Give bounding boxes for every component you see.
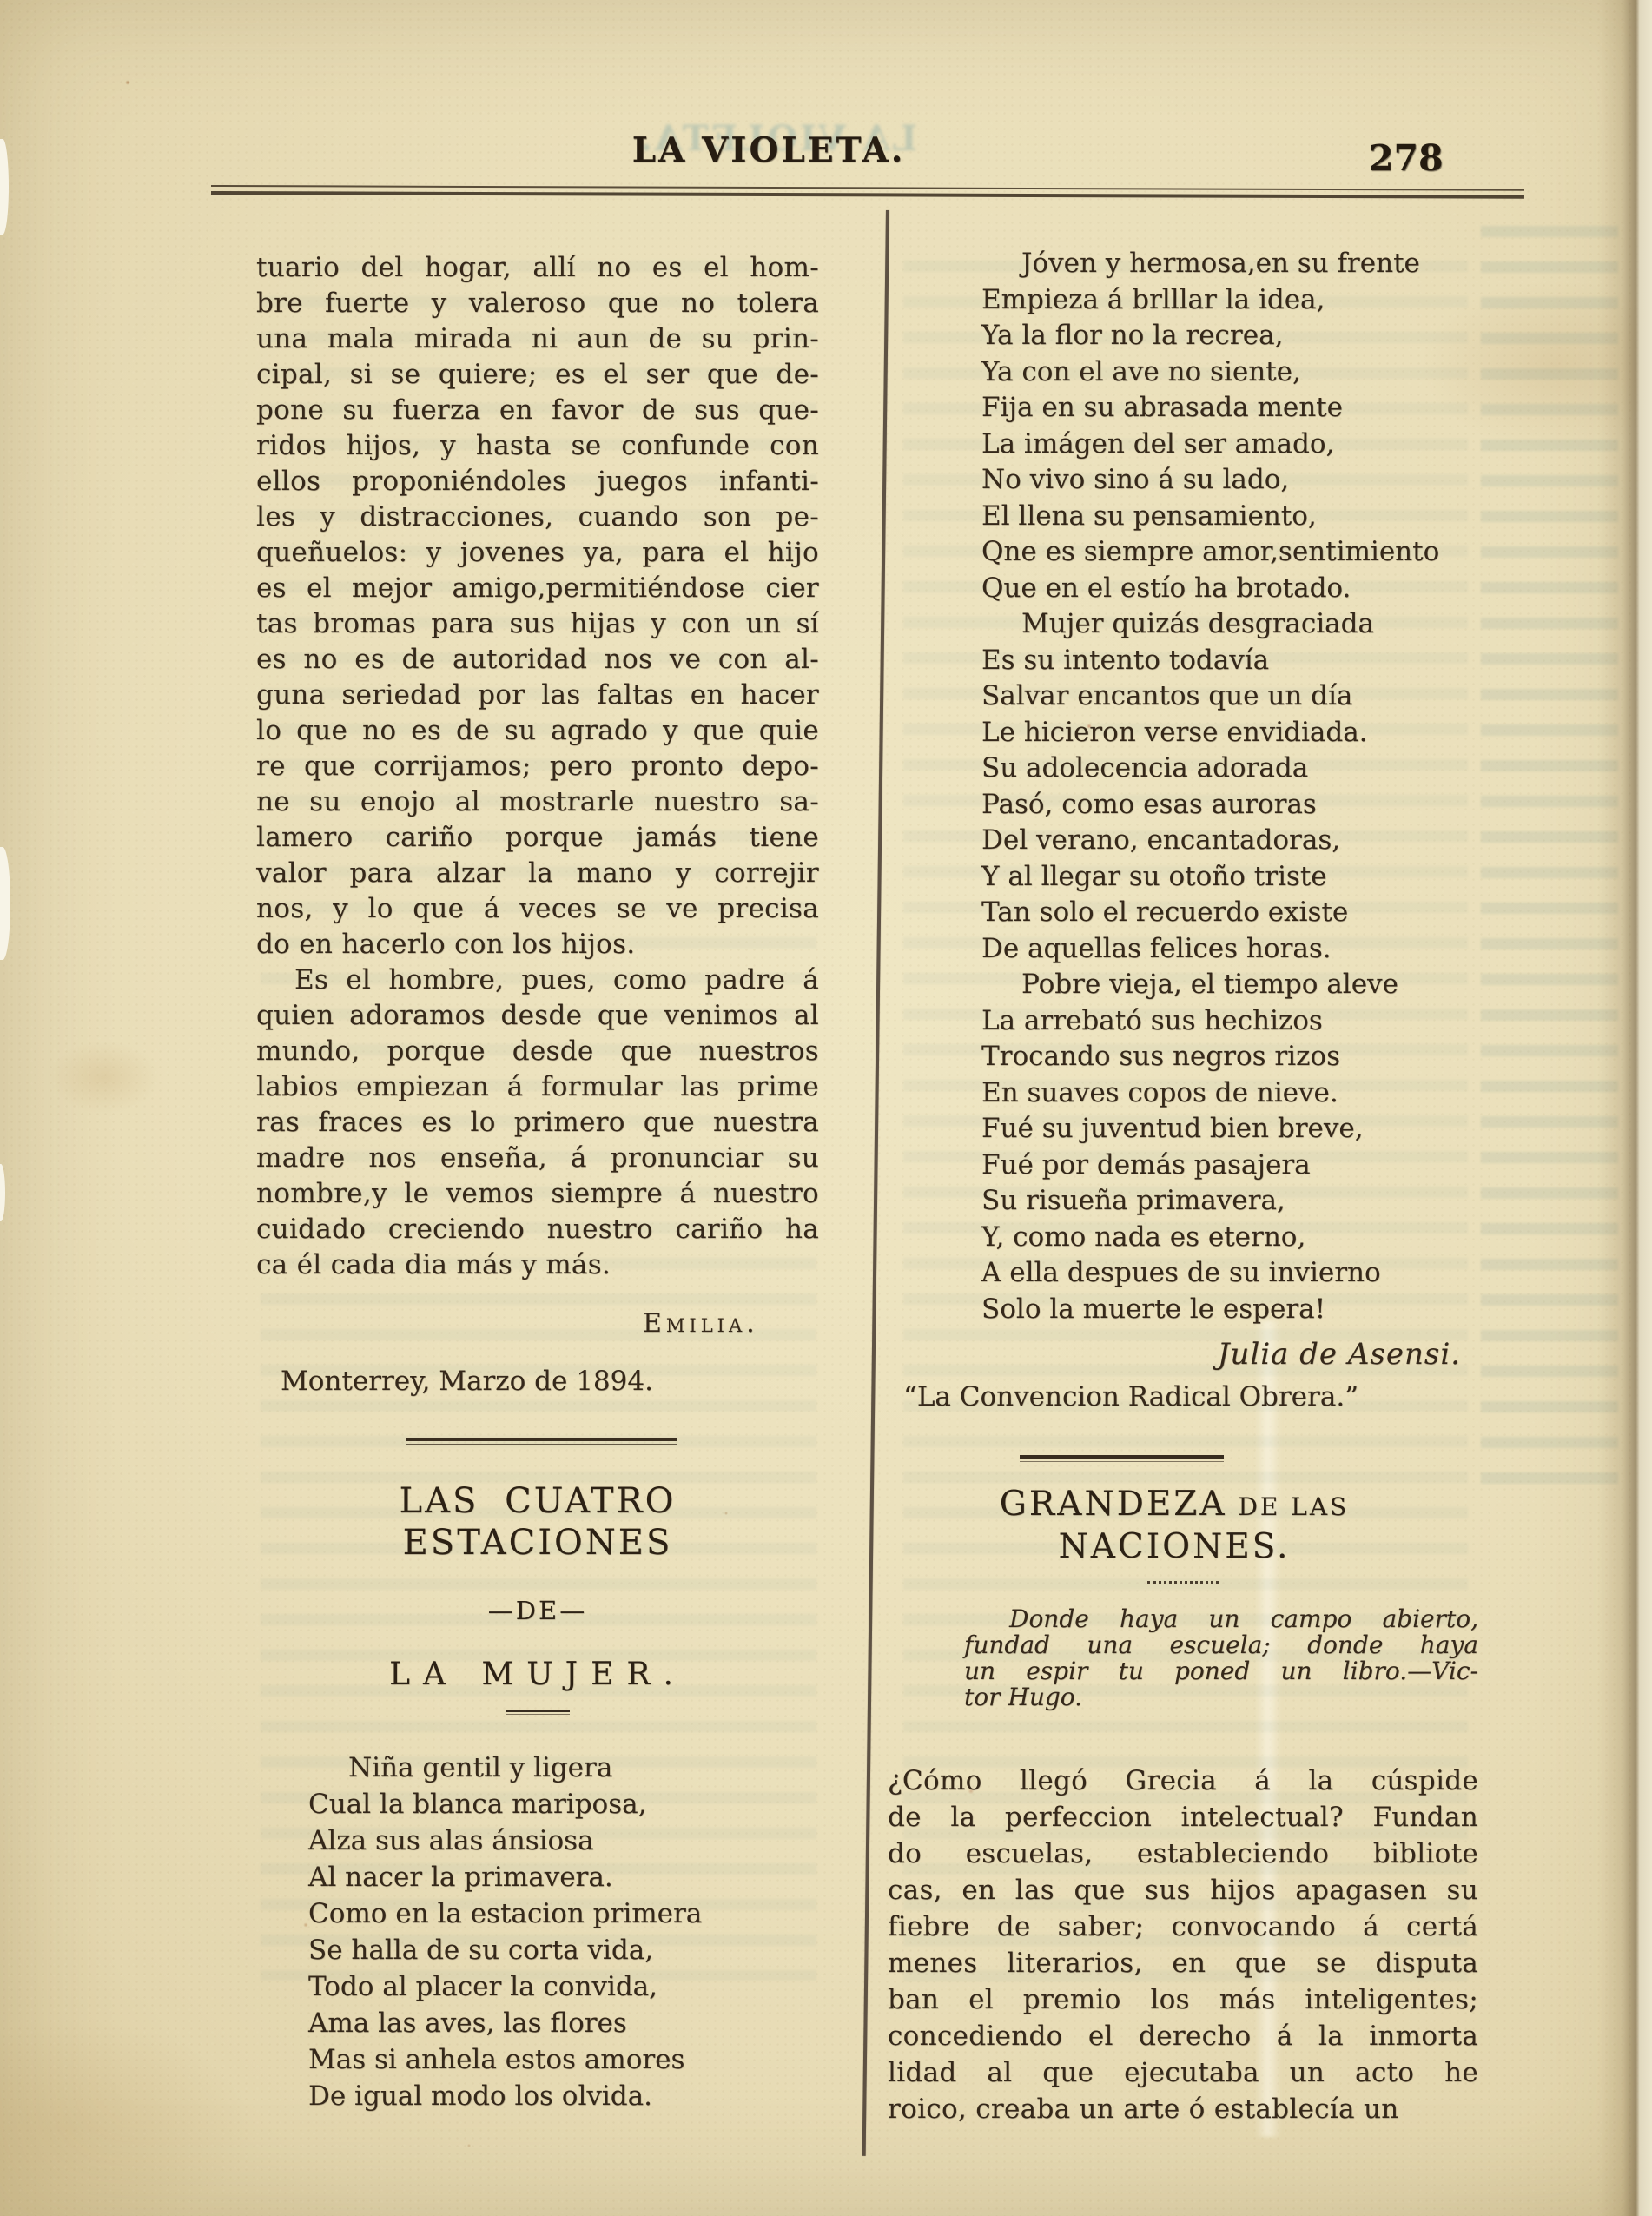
text-line: menes literarios, en que se disputa: [888, 1945, 1478, 1981]
text-line: Al nacer la primavera.: [308, 1859, 819, 1895]
page-number: 278: [1369, 137, 1456, 179]
text-line: un espir tu poned un libro.—Vic-: [964, 1658, 1478, 1684]
text-line: Ama las aves, las flores: [308, 2005, 819, 2041]
page-edge-shadow: [1598, 0, 1652, 2216]
text-line: Como en la estacion primera: [308, 1895, 819, 1932]
text-line: nos, y lo que á veces se ve precisa: [256, 891, 819, 927]
header-double-rule: [211, 185, 1524, 199]
bleedthrough-right-margin: [1481, 226, 1618, 1494]
text-line: ras fraces es lo primero que nuestra: [256, 1105, 819, 1141]
article-paragraph: Es el hombre, pues, como padre áquien ad…: [256, 962, 819, 1283]
text-line: Fué por demás pasajera: [981, 1148, 1478, 1184]
torn-edge-nick: [0, 139, 9, 235]
text-line: A ella despues de su invierno: [981, 1255, 1478, 1292]
epigraph-quote: Donde haya un campo abierto,fundad una e…: [964, 1606, 1478, 1710]
text-line: Del verano, encantadoras,: [981, 823, 1478, 859]
text-line: les y distracciones, cuando son pe-: [256, 499, 819, 535]
column-divider-rule: [862, 210, 889, 2156]
text-line: Mujer quizás desgraciada: [981, 606, 1478, 643]
dateline: Monterrey, Marzo de 1894.: [281, 1364, 819, 1399]
text-line: Y al llegar su otoño triste: [981, 859, 1478, 896]
text-line: Tan solo el recuerdo existe: [981, 895, 1478, 931]
torn-edge-nick: [0, 1164, 5, 1221]
text-line: bre fuerte y valeroso que no tolera: [256, 286, 819, 321]
text-line: Y, como nada es eterno,: [981, 1220, 1478, 1256]
subject-underline-rule: [506, 1710, 570, 1715]
author-signature: Emilia.: [643, 1306, 819, 1341]
text-line: do escuelas, estableciendo bibliote: [888, 1836, 1478, 1872]
article-paragraph: tuario del hogar, allí no es el hom-bre …: [256, 250, 819, 962]
text-line: La arrebató sus hechizos: [981, 1003, 1478, 1040]
poem-section-subject: LA MUJER.: [256, 1656, 819, 1694]
text-line: Que en el estío ha brotado.: [981, 571, 1478, 607]
text-line: Niña gentil y ligera: [308, 1750, 819, 1786]
text-line: lidad al que ejecutaba un acto he: [888, 2054, 1478, 2091]
text-line: de la perfeccion intelectual? Fundan: [888, 1799, 1478, 1836]
text-line: Ya con el ave no siente,: [981, 354, 1478, 391]
text-line: roico, creaba un arte ó establecía un: [888, 2091, 1478, 2127]
text-line: queñuelos: y jovenes ya, para el hijo: [256, 535, 819, 571]
text-line: lamero cariño porque jamás tiene: [256, 820, 819, 856]
text-line: fiebre de saber; convocando á certá: [888, 1908, 1478, 1945]
article-title-connector: DE LAS: [1238, 1492, 1349, 1521]
text-line: ellos proponiéndoles juegos infanti-: [256, 464, 819, 499]
text-line: tas bromas para sus hijas y con un sí: [256, 606, 819, 642]
text-line: labios empiezan á formular las prime: [256, 1069, 819, 1105]
text-line: Salvar encantos que un día: [981, 678, 1478, 715]
text-line: ¿Cómo llegó Grecia á la cúspide: [888, 1763, 1478, 1799]
text-line: Fué su juventud bien breve,: [981, 1111, 1478, 1148]
text-line: Le hicieron verse envidiada.: [981, 715, 1478, 751]
text-line: Qne es siempre amor,sentimiento: [981, 534, 1478, 571]
text-line: concediendo el derecho á la inmorta: [888, 2018, 1478, 2054]
text-line: Se halla de su corta vida,: [308, 1932, 819, 1968]
text-line: guna seriedad por las faltas en hacer: [256, 678, 819, 713]
text-line: Solo la muerte le espera!: [981, 1292, 1478, 1328]
text-line: ban el premio los más inteligentes;: [888, 1981, 1478, 2018]
text-line: Su risueña primavera,: [981, 1183, 1478, 1220]
text-line: una mala mirada ni aun de su prin-: [256, 321, 819, 357]
text-line: Donde haya un campo abierto,: [964, 1606, 1478, 1632]
text-line: Pobre vieja, el tiempo aleve: [981, 967, 1478, 1003]
text-line: es no es de autoridad nos ve con al-: [256, 642, 819, 678]
text-line: ne su enojo al mostrarle nuestro sa-: [256, 784, 819, 820]
text-line: pone su fuerza en favor de sus que-: [256, 393, 819, 428]
poem-stanza: Pobre vieja, el tiempo aleveLa arrebató …: [888, 967, 1478, 1327]
text-line: mundo, porque desde que nuestros: [256, 1034, 819, 1069]
text-line: ca él cada dia más y más.: [256, 1247, 819, 1283]
section-divider-rule: [406, 1438, 677, 1445]
poem-source-citation: “La Convencion Radical Obrera.”: [888, 1379, 1478, 1415]
text-line: En suaves copos de nieve.: [981, 1075, 1478, 1112]
poem-stanza: Jóven y hermosa,en su frenteEmpieza á br…: [888, 246, 1478, 606]
text-line: Cual la blanca mariposa,: [308, 1786, 819, 1822]
text-line: Ya la flor no la recrea,: [981, 318, 1478, 354]
torn-edge-nick: [0, 847, 10, 960]
text-line: Es el hombre, pues, como padre á: [256, 962, 819, 998]
text-line: Empieza á brlllar la idea,: [981, 282, 1478, 319]
text-line: do en hacerlo con los hijos.: [256, 927, 819, 962]
text-line: nombre,y le vemos siempre á nuestro: [256, 1176, 819, 1212]
article-title-word: GRANDEZA: [1000, 1485, 1227, 1524]
article-title-word: NACIONES.: [1059, 1527, 1291, 1566]
text-line: cas, en las que sus hijos apagasen su: [888, 1872, 1478, 1908]
poem-stanza: Mujer quizás desgraciadaEs su intento to…: [888, 606, 1478, 967]
article-title: GRANDEZA DE LAS NACIONES.: [888, 1485, 1478, 1569]
text-line: Pasó, como esas auroras: [981, 787, 1478, 824]
section-divider-rule: [1020, 1455, 1224, 1462]
scanned-periodical-page: LA VIOLETA. LA VIOLETA. 278 tuario del h…: [0, 0, 1652, 2216]
text-line: madre nos enseña, á pronunciar su: [256, 1141, 819, 1176]
text-line: Jóven y hermosa,en su frente: [981, 246, 1478, 282]
text-line: es el mejor amigo,permitiéndose cier: [256, 571, 819, 606]
text-line: re que corrijamos; pero pronto depo-: [256, 749, 819, 784]
text-line: Alza sus alas ánsiosa: [308, 1822, 819, 1859]
text-line: No vivo sino á su lado,: [981, 462, 1478, 499]
text-line: cipal, si se quiere; es el ser que de-: [256, 357, 819, 393]
text-line: tuario del hogar, allí no es el hom-: [256, 250, 819, 286]
text-line: Fija en su abrasada mente: [981, 390, 1478, 427]
text-line: valor para alzar la mano y correjir: [256, 856, 819, 891]
column-1: tuario del hogar, allí no es el hom-bre …: [256, 250, 819, 2114]
text-line: fundad una escuela; donde haya: [964, 1632, 1478, 1658]
text-line: Mas si anhela estos amores: [308, 2041, 819, 2078]
text-line: tor Hugo.: [964, 1684, 1478, 1710]
text-line: Trocando sus negros rizos: [981, 1039, 1478, 1075]
title-underline-rule: [1147, 1581, 1219, 1584]
text-line: Es su intento todavía: [981, 643, 1478, 679]
article-paragraph: ¿Cómo llegó Grecia á la cúspidede la per…: [888, 1763, 1478, 2127]
text-line: De aquellas felices horas.: [981, 931, 1478, 968]
column-2: Jóven y hermosa,en su frenteEmpieza á br…: [888, 246, 1478, 2127]
masthead-title: LA VIOLETA.: [508, 130, 1029, 170]
poem-section-title: LAS CUATRO ESTACIONES: [256, 1480, 819, 1564]
poem-stanza: Niña gentil y ligeraCual la blanca marip…: [256, 1750, 819, 2114]
text-line: ridos hijos, y hasta se confunde con: [256, 428, 819, 464]
text-line: Todo al placer la convida,: [308, 1968, 819, 2005]
text-line: lo que no es de su agrado y que quie: [256, 713, 819, 749]
poem-section-of-label: —DE—: [256, 1595, 819, 1626]
text-line: La imágen del ser amado,: [981, 427, 1478, 463]
text-line: El llena su pensamiento,: [981, 499, 1478, 535]
text-line: cuidado creciendo nuestro cariño ha: [256, 1212, 819, 1247]
text-line: De igual modo los olvida.: [308, 2078, 819, 2114]
text-line: quien adoramos desde que venimos al: [256, 998, 819, 1034]
poem-author-signature: Julia de Asensi.: [888, 1336, 1478, 1373]
text-line: Su adolecencia adorada: [981, 751, 1478, 787]
